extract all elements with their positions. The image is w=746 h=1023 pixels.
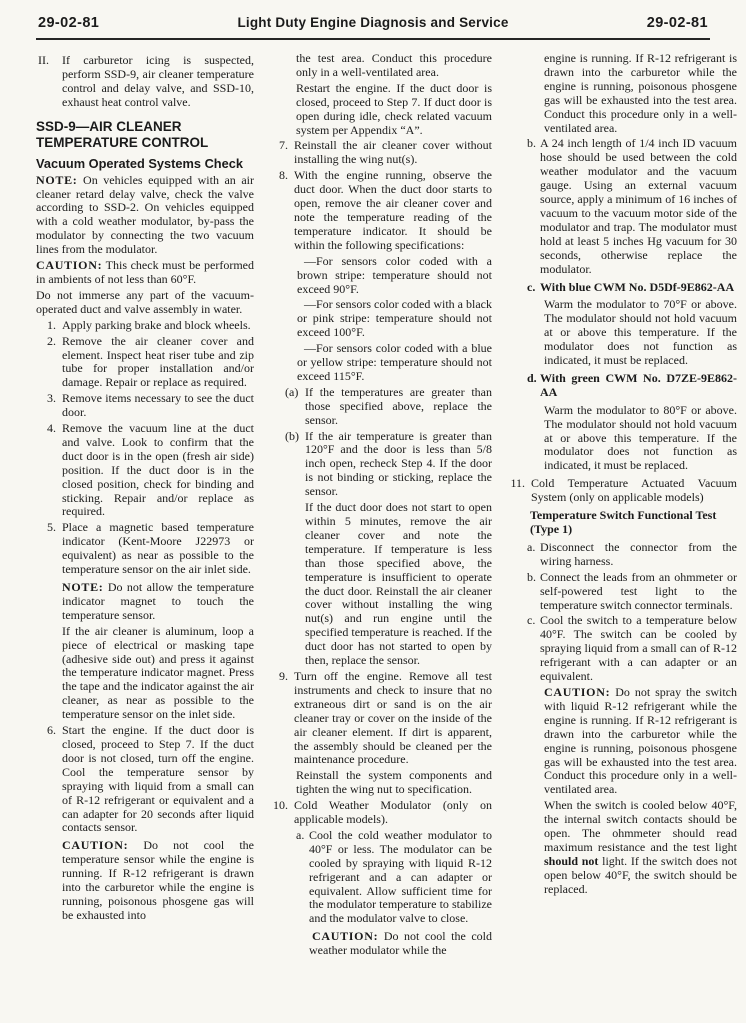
caution-label: CAUTION: <box>312 929 378 943</box>
final-text-bold: should not <box>544 854 598 868</box>
step-text: Remove items necessary to see the duct d… <box>62 392 254 420</box>
caution-paragraph: CAUTION: Do not cool the cold weather mo… <box>309 930 492 958</box>
letter-item-a: a. Cool the cold weather modulator to 40… <box>296 829 492 926</box>
caution-text: Do not spray the switch with liquid R-12… <box>544 685 737 796</box>
note-paragraph: NOTE: Do not allow the temperature indic… <box>62 581 254 623</box>
letter-label: a. <box>527 541 540 569</box>
step-8: 8. With the engine running, observe the … <box>268 169 492 252</box>
note-label: NOTE: <box>36 173 78 187</box>
final-paragraph: When the switch is cooled below 40°F, th… <box>544 799 737 896</box>
caution-label: CAUTION: <box>36 258 102 272</box>
sub-item-text: If the temperatures are greater than tho… <box>305 386 492 428</box>
list-text: If carburetor icing is suspected, perfor… <box>62 54 254 110</box>
letter-item-c: c. With blue CWM No. D5Df-9E862-AA <box>527 281 737 295</box>
step-number: 3. <box>36 392 62 420</box>
step-text: Remove the air cleaner cover and element… <box>62 335 254 391</box>
cwm-blue-heading: With blue CWM No. D5Df-9E862-AA <box>540 281 737 295</box>
step-1: 1. Apply parking brake and block wheels. <box>36 319 254 333</box>
caution-label: CAUTION: <box>544 685 610 699</box>
spec-brown-stripe: —For sensors color coded with a brown st… <box>297 255 492 297</box>
letter-text: Cool the cold weather modulator to 40°F … <box>309 829 492 926</box>
step-4: 4. Remove the vacuum line at the duct an… <box>36 422 254 519</box>
spec-black-pink-stripe: —For sensors color coded with a black or… <box>297 298 492 340</box>
step-number: 8. <box>268 169 294 252</box>
step-text: Cold Temperature Actuated Vacuum System … <box>531 477 737 505</box>
cwm-green-heading: With green CWM No. D7ZE-9E862-AA <box>540 372 737 400</box>
step-6: 6. Start the engine. If the duct door is… <box>36 724 254 835</box>
letter-label: a. <box>296 829 309 926</box>
paragraph: Reinstall the system components and tigh… <box>296 769 492 797</box>
sub-item-a: (a) If the temperatures are greater than… <box>285 386 492 428</box>
step-11: 11. Cold Temperature Actuated Vacuum Sys… <box>505 477 737 505</box>
step-7: 7. Reinstall the air cleaner cover witho… <box>268 139 492 167</box>
letter-label: b. <box>527 571 540 613</box>
page-title: Light Duty Engine Diagnosis and Service <box>237 15 508 30</box>
list-number: II. <box>36 54 62 110</box>
sub-item-b: (b) If the air temperature is greater th… <box>285 430 492 500</box>
caution-paragraph: CAUTION: This check must be performed in… <box>36 259 254 287</box>
letter-label: c. <box>527 281 540 295</box>
step-number: 11. <box>505 477 531 505</box>
paragraph: Warm the modulator to 80°F or above. The… <box>544 404 737 474</box>
letter-item-d: d. With green CWM No. D7ZE-9E862-AA <box>527 372 737 400</box>
step-number: 9. <box>268 670 294 767</box>
paragraph: Do not immerse any part of the vacuum-op… <box>36 289 254 317</box>
letter-label: c. <box>527 614 540 684</box>
page-number-right: 29-02-81 <box>647 15 708 31</box>
letter-text: Connect the leads from an ohmmeter or se… <box>540 571 737 613</box>
letter-text: Disconnect the connector from the wiring… <box>540 541 737 569</box>
letter-item-b2: b. Connect the leads from an ohmmeter or… <box>527 571 737 613</box>
letter-label: d. <box>527 372 540 400</box>
column-1: II. If carburetor icing is suspected, pe… <box>36 52 254 958</box>
step-10: 10. Cold Weather Modulator (only on appl… <box>268 799 492 827</box>
sub-item-text: If the air temperature is greater than 1… <box>305 430 492 500</box>
step-text: Start the engine. If the duct door is cl… <box>62 724 254 835</box>
letter-label: b. <box>527 137 540 276</box>
continuation-paragraph: the test area. Conduct this procedure on… <box>296 52 492 80</box>
step-text: Cold Weather Modulator (only on applicab… <box>294 799 492 827</box>
step-9: 9. Turn off the engine. Remove all test … <box>268 670 492 767</box>
paragraph: If the air cleaner is aluminum, loop a p… <box>62 625 254 722</box>
step-text: Reinstall the air cleaner cover without … <box>294 139 492 167</box>
note-paragraph: NOTE: On vehicles equipped with an air c… <box>36 174 254 257</box>
step-2: 2. Remove the air cleaner cover and elem… <box>36 335 254 391</box>
caution-label: CAUTION: <box>62 838 128 852</box>
step-text: Place a magnetic based temperature indic… <box>62 521 254 577</box>
column-2: the test area. Conduct this procedure on… <box>268 52 492 958</box>
content-columns: II. If carburetor icing is suspected, pe… <box>0 40 746 958</box>
step-number: 6. <box>36 724 62 835</box>
continuation-paragraph: If the duct door does not start to open … <box>305 501 492 668</box>
column-3: engine is running. If R-12 refrigerant i… <box>505 52 737 958</box>
manual-page: 29-02-81 Light Duty Engine Diagnosis and… <box>0 0 746 1023</box>
section-heading: SSD-9—AIR CLEANER TEMPERATURE CONTROL <box>36 119 254 151</box>
step-text: Turn off the engine. Remove all test ins… <box>294 670 492 767</box>
sub-item-label: (a) <box>285 386 305 428</box>
paragraph: Warm the modulator to 70°F or above. The… <box>544 298 737 368</box>
final-text-pre: When the switch is cooled below 40°F, th… <box>544 798 737 854</box>
caution-paragraph: CAUTION: Do not spray the switch with li… <box>544 686 737 797</box>
step-number: 4. <box>36 422 62 519</box>
letter-item-a: a. Disconnect the connector from the wir… <box>527 541 737 569</box>
caution-paragraph: CAUTION: Do not cool the temperature sen… <box>62 839 254 922</box>
step-3: 3. Remove items necessary to see the duc… <box>36 392 254 420</box>
step-number: 10. <box>268 799 294 827</box>
sub-item-label: (b) <box>285 430 305 500</box>
step-text: With the engine running, observe the duc… <box>294 169 492 252</box>
list-item-II: II. If carburetor icing is suspected, pe… <box>36 54 254 110</box>
step-number: 2. <box>36 335 62 391</box>
step-5: 5. Place a magnetic based temperature in… <box>36 521 254 577</box>
step-number: 5. <box>36 521 62 577</box>
subsection-heading: Vacuum Operated Systems Check <box>36 156 254 171</box>
letter-text: Cool the switch to a temperature below 4… <box>540 614 737 684</box>
paragraph: Restart the engine. If the duct door is … <box>296 82 492 138</box>
step-number: 1. <box>36 319 62 333</box>
note-label: NOTE: <box>62 580 104 594</box>
step-number: 7. <box>268 139 294 167</box>
letter-item-c2: c. Cool the switch to a temperature belo… <box>527 614 737 684</box>
letter-text: A 24 inch length of 1/4 inch ID vacuum h… <box>540 137 737 276</box>
test-heading: Temperature Switch Functional Test (Type… <box>530 509 737 537</box>
continuation-paragraph: engine is running. If R-12 refrigerant i… <box>544 52 737 135</box>
step-text: Apply parking brake and block wheels. <box>62 319 254 333</box>
page-header: 29-02-81 Light Duty Engine Diagnosis and… <box>0 0 746 31</box>
page-number-left: 29-02-81 <box>38 15 99 31</box>
letter-item-b: b. A 24 inch length of 1/4 inch ID vacuu… <box>527 137 737 276</box>
step-text: Remove the vacuum line at the duct and v… <box>62 422 254 519</box>
spec-blue-yellow-stripe: —For sensors color coded with a blue or … <box>297 342 492 384</box>
